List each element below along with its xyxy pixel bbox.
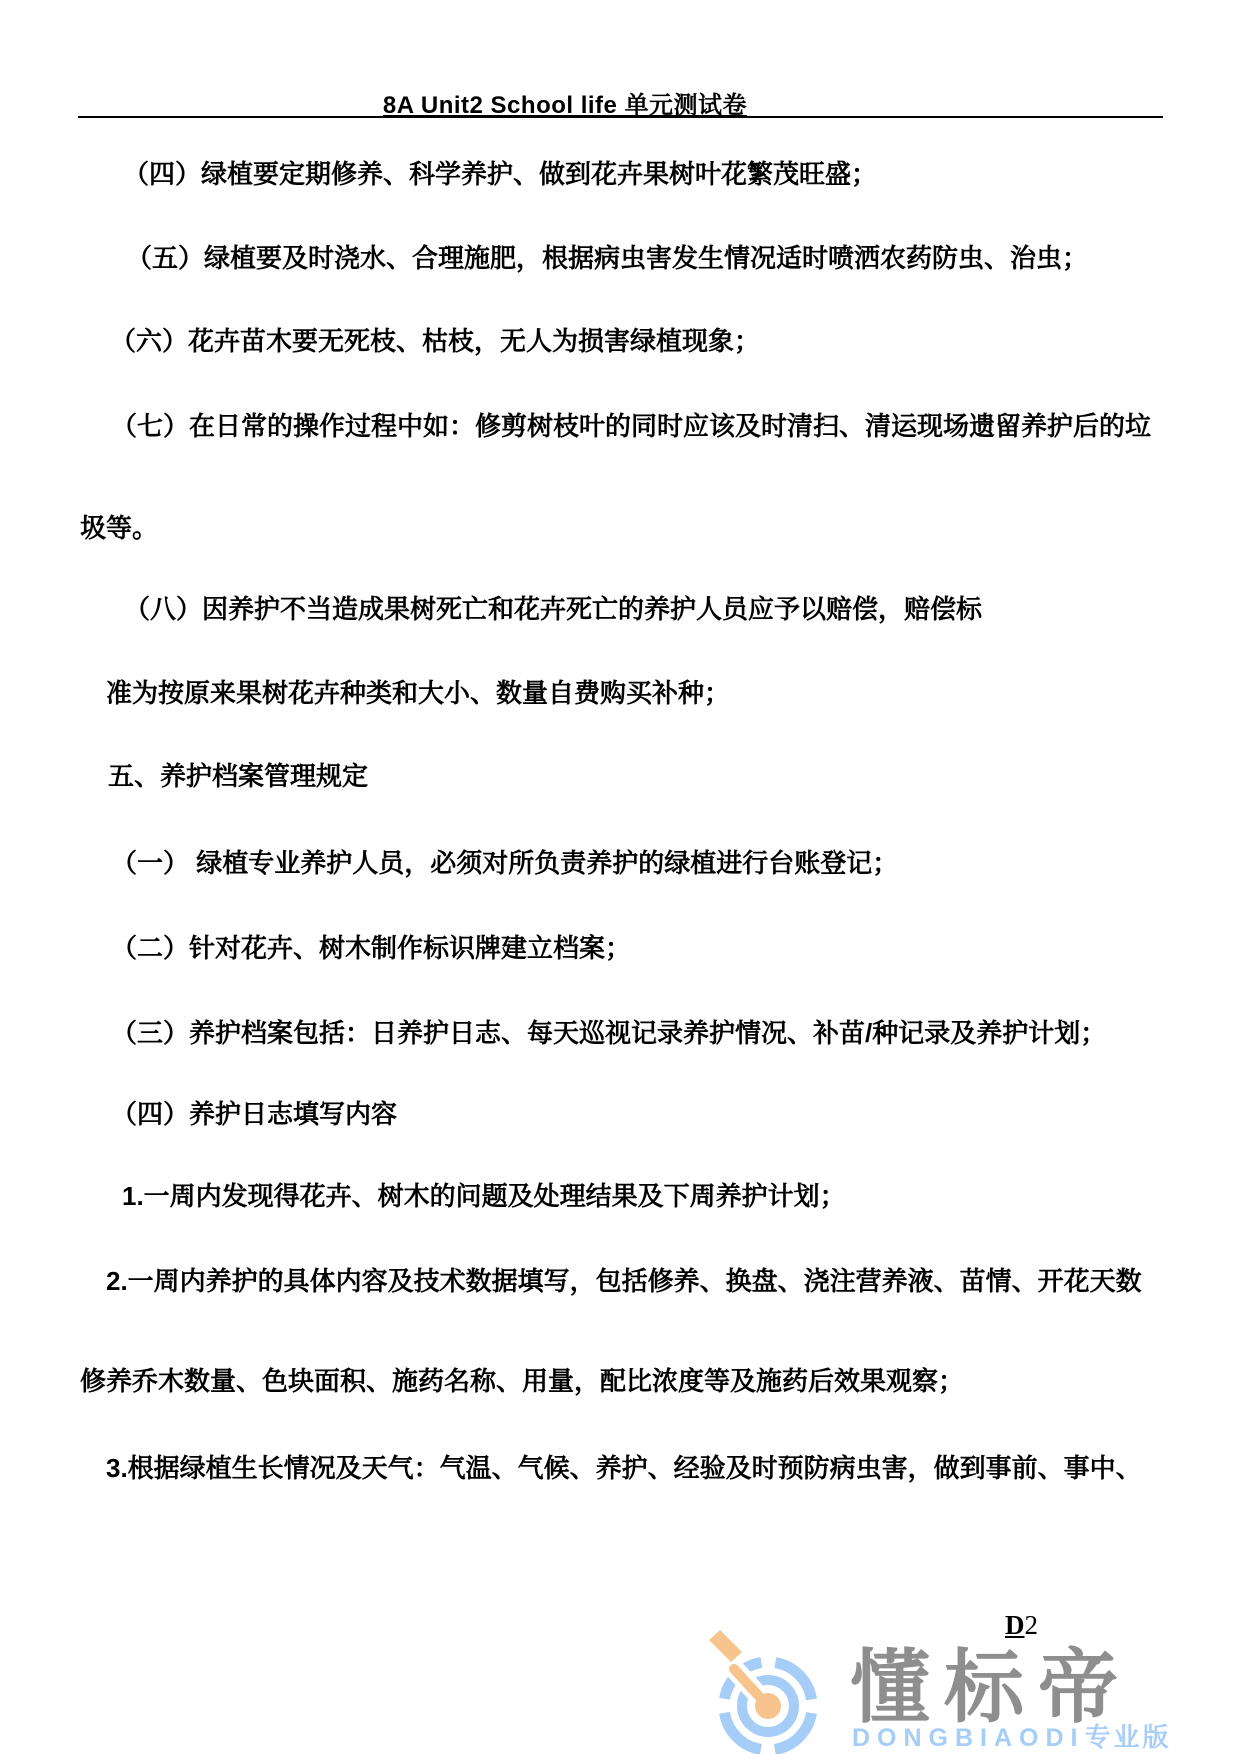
- watermark-brand-cn: 懂标帝: [850, 1648, 1132, 1728]
- watermark-edition: 专业版: [1085, 1722, 1172, 1752]
- paragraph-line: （七）在日常的操作过程中如：修剪树枝叶的同时应该及时清扫、清运现场遗留养护后的垃: [111, 412, 1151, 441]
- paragraph-line: （四）养护日志填写内容: [111, 1100, 397, 1129]
- paragraph-line: （一） 绿植专业养护人员，必须对所负责养护的绿植进行台账登记；: [111, 849, 898, 878]
- watermark: 懂标帝 DONGBIAODI专业版: [704, 1628, 1241, 1754]
- paragraph-line: （四）绿植要定期修养、科学养护、做到花卉果树叶花繁茂旺盛；: [123, 160, 877, 189]
- paragraph-line: 3.根据绿植生长情况及天气：气温、气候、养护、经验及时预防病虫害，做到事前、事中…: [106, 1454, 1142, 1483]
- header-rule: [78, 116, 1163, 118]
- paragraph-line: （三）养护档案包括：日养护日志、每天巡视记录养护情况、补苗/种记录及养护计划；: [111, 1019, 1106, 1048]
- paragraph-line: （六）花卉苗木要无死枝、枯枝，无人为损害绿植现象；: [110, 327, 760, 356]
- target-dart-icon: [704, 1628, 822, 1754]
- paragraph-line: 圾等。: [80, 514, 158, 543]
- paragraph-line: 1.一周内发现得花卉、树木的问题及处理结果及下周养护计划；: [122, 1182, 846, 1211]
- paragraph-line: （八）因养护不当造成果树死亡和花卉死亡的养护人员应予以赔偿，赔偿标: [124, 595, 982, 624]
- paragraph-line: 修养乔木数量、色块面积、施药名称、用量，配比浓度等及施药后效果观察；: [80, 1367, 964, 1396]
- paragraph-line: （二）针对花卉、树木制作标识牌建立档案；: [111, 934, 631, 963]
- document-title: 8A Unit2 School life 单元测试卷: [0, 85, 1130, 120]
- paragraph-line: （五）绿植要及时浇水、合理施肥，根据病虫害发生情况适时喷洒农药防虫、治虫；: [126, 244, 1088, 273]
- paragraph-line: 准为按原来果树花卉种类和大小、数量自费购买补种；: [106, 679, 730, 708]
- watermark-latin: DONGBIAODI: [852, 1724, 1085, 1752]
- watermark-brand-en: DONGBIAODI专业版: [852, 1724, 1172, 1751]
- paragraph-line: 2.一周内养护的具体内容及技术数据填写，包括修养、换盘、浇注营养液、苗情、开花天…: [106, 1267, 1142, 1296]
- section-heading: 五、养护档案管理规定: [108, 762, 368, 791]
